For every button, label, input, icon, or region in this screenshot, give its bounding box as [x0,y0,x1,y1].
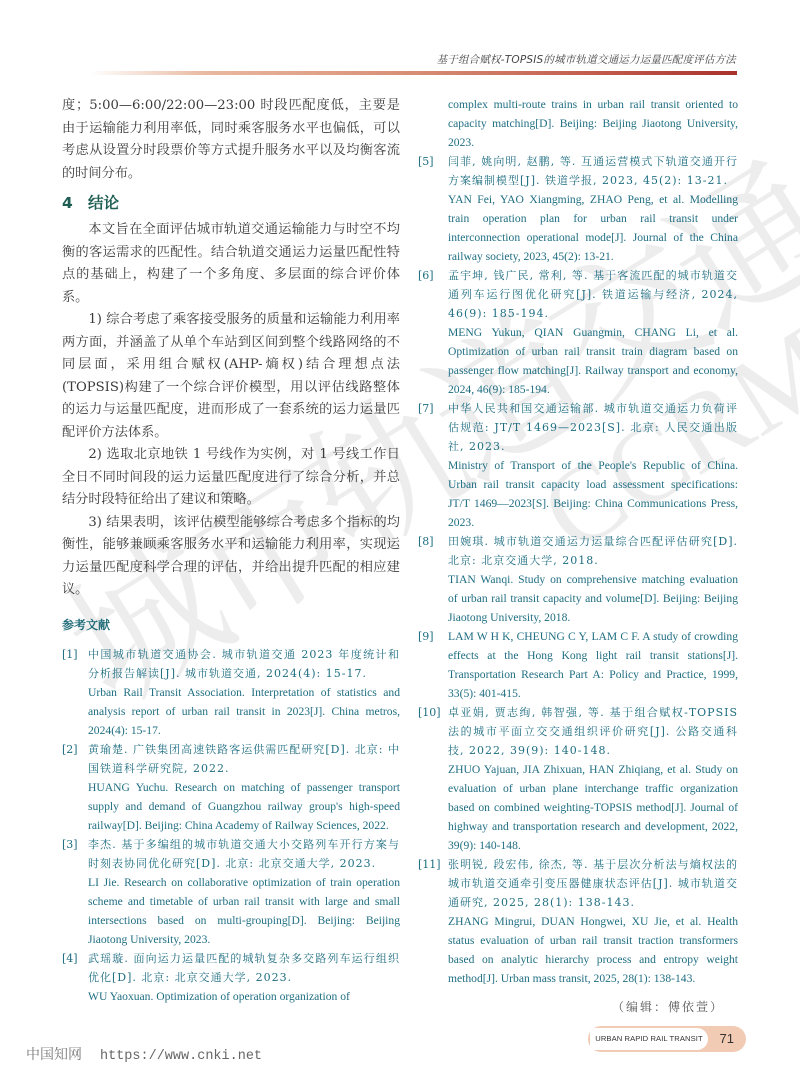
reference-item: [9] LAM W H K, CHEUNG C Y, LAM C F. A st… [418,627,738,703]
reference-item: [10] 卓亚娟, 贾志绚, 韩智强, 等. 基于组合赋权-TOPSIS法的城市… [418,703,738,855]
reference-number: [6] [418,266,434,285]
references-heading: 参考文献 [62,616,400,633]
reference-number: [2] [62,740,78,759]
reference-english: LAM W H K, CHEUNG C Y, LAM C F. A study … [448,627,738,703]
reference-item: [4] 武瑶璇. 面向运力运量匹配的城轨复杂多交路列车运行组织优化[D]. 北京… [62,949,400,1006]
reference-english: WU Yaoxuan. Optimization of operation or… [88,987,400,1006]
reference-chinese: 闫菲, 姚向明, 赵鹏, 等. 互通运营模式下轨道交通开行方案编制模型[J]. … [448,152,738,190]
right-column: complex multi-route trains in urban rail… [418,95,738,1015]
reference-chinese: 卓亚娟, 贾志绚, 韩智强, 等. 基于组合赋权-TOPSIS法的城市平面立交交… [448,703,738,760]
reference-number: [7] [418,399,434,418]
reference-english: LI Jie. Research on collaborative optimi… [88,873,400,949]
conclusion-point-1: 1) 综合考虑了乘客接受服务的质量和运输能力利用率两方面，并涵盖了从单个车站到区… [62,309,400,444]
reference-item: [8] 田婉琪. 城市轨道交通运力运量综合匹配评估研究[D]. 北京: 北京交通… [418,532,738,627]
cnki-url[interactable]: https://www.cnki.net [100,1049,262,1064]
reference-english: TIAN Wanqi. Study on comprehensive match… [448,570,738,627]
reference-english: MENG Yukun, QIAN Guangmin, CHANG Li, et … [448,323,738,399]
intro-paragraph: 度；5:00—6:00/22:00—23:00 时段匹配度低，主要是由于运输能力… [62,95,400,185]
reference-english: complex multi-route trains in urban rail… [448,95,738,152]
reference-chinese: 黄瑜楚. 广铁集团高速铁路客运供需匹配研究[D]. 北京: 中国铁道科学研究院,… [88,740,400,778]
reference-item: [3] 李杰. 基于多编组的城市轨道交通大小交路列车开行方案与时刻表协同优化研究… [62,835,400,949]
section-heading: 4结论 [62,191,400,215]
reference-number: [9] [418,627,434,646]
reference-item: [6] 孟宇坤, 钱广民, 常利, 等. 基于客流匹配的城市轨道交通列车运行图优… [418,266,738,399]
conclusion-point-2: 2) 选取北京地铁 1 号线作为实例，对 1 号线工作日全日不同时间段的运力运量… [62,444,400,512]
reference-continuation: complex multi-route trains in urban rail… [418,95,738,152]
reference-item: [5] 闫菲, 姚向明, 赵鹏, 等. 互通运营模式下轨道交通开行方案编制模型[… [418,152,738,266]
reference-number: [3] [62,835,78,854]
reference-item: [11] 张明锐, 段宏伟, 徐杰, 等. 基于层次分析法与熵权法的城市轨道交通… [418,855,738,988]
reference-number: [11] [418,855,441,874]
running-title: 基于组合赋权-TOPSIS的城市轨道交通运力运量匹配度评估方法 [437,52,736,67]
section-number: 4 [62,191,88,215]
reference-number: [8] [418,532,434,551]
reference-chinese: 中国城市轨道交通协会. 城市轨道交通 2023 年度统计和分析报告解读[J]. … [88,645,400,683]
conclusion-paragraph: 本文旨在全面评估城市轨道交通运输能力与时空不均衡的客运需求的匹配性。结合轨道交通… [62,219,400,309]
reference-chinese: 李杰. 基于多编组的城市轨道交通大小交路列车开行方案与时刻表协同优化研究[D].… [88,835,400,873]
reference-english: YAN Fei, YAO Xiangming, ZHAO Peng, et al… [448,190,738,266]
reference-english: ZHUO Yajuan, JIA Zhixuan, HAN Zhiqiang, … [448,760,738,855]
section-title: 结论 [88,194,119,212]
cnki-footer: 中国知网https://www.cnki.net [26,1044,262,1064]
conclusion-point-3: 3) 结果表明，该评估模型能够综合考虑多个指标的均衡性，能够兼顾乘客服务水平和运… [62,512,400,602]
page-number: 71 [720,1026,734,1052]
reference-chinese: 张明锐, 段宏伟, 徐杰, 等. 基于层次分析法与熵权法的城市轨道交通牵引变压器… [448,855,738,912]
cnki-site-name: 中国知网 [26,1047,82,1063]
reference-item: [1] 中国城市轨道交通协会. 城市轨道交通 2023 年度统计和分析报告解读[… [62,645,400,740]
reference-number: [10] [418,703,441,722]
header-rule [90,71,737,75]
editor-note: （编辑：傅依萱） [418,998,738,1015]
journal-footer-badge: URBAN RAPID RAIL TRANSIT 71 [588,1026,746,1052]
reference-chinese: 田婉琪. 城市轨道交通运力运量综合匹配评估研究[D]. 北京: 北京交通大学, … [448,532,738,570]
journal-name: URBAN RAPID RAIL TRANSIT [590,1028,708,1050]
reference-number: [5] [418,152,434,171]
reference-chinese: 中华人民共和国交通运输部. 城市轨道交通运力负荷评估规范: JT/T 1469—… [448,399,738,456]
reference-number: [4] [62,949,78,968]
reference-item: [2] 黄瑜楚. 广铁集团高速铁路客运供需匹配研究[D]. 北京: 中国铁道科学… [62,740,400,835]
left-column: 度；5:00—6:00/22:00—23:00 时段匹配度低，主要是由于运输能力… [62,95,400,1006]
reference-number: [1] [62,645,78,664]
reference-item: [7] 中华人民共和国交通运输部. 城市轨道交通运力负荷评估规范: JT/T 1… [418,399,738,532]
reference-chinese: 武瑶璇. 面向运力运量匹配的城轨复杂多交路列车运行组织优化[D]. 北京: 北京… [88,949,400,987]
reference-chinese: 孟宇坤, 钱广民, 常利, 等. 基于客流匹配的城市轨道交通列车运行图优化研究[… [448,266,738,323]
reference-english: Urban Rail Transit Association. Interpre… [88,683,400,740]
reference-english: Ministry of Transport of the People's Re… [448,456,738,532]
reference-english: ZHANG Mingrui, DUAN Hongwei, XU Jie, et … [448,912,738,988]
reference-english: HUANG Yuchu. Research on matching of pas… [88,778,400,835]
